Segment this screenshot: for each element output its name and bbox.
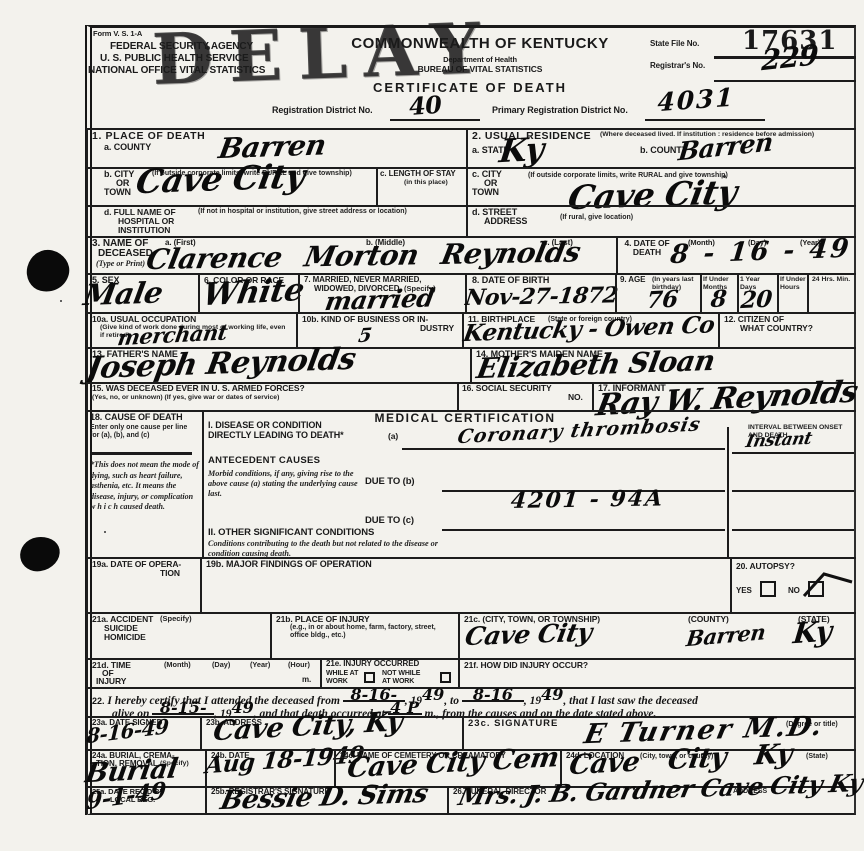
ssn-label-1: 16. SOCIAL SECURITY (462, 384, 552, 393)
due-to-c-line (442, 529, 725, 531)
age-label: 9. AGE (620, 276, 645, 285)
ink-blot (18, 534, 63, 574)
signature-label: 23c. SIGNATURE (468, 719, 558, 729)
commonwealth-title: COMMONWEALTH OF KENTUCKY (330, 36, 630, 52)
ink-blot (23, 246, 74, 297)
race-value: White (200, 272, 306, 314)
place-of-death-title: 1. PLACE OF DEATH (92, 131, 205, 142)
reg-district-underline (390, 119, 480, 121)
city-value-handwriting: Cave City (133, 156, 308, 201)
dept-of-health: Department of Health (330, 56, 630, 64)
ssn-label-2: NO. (568, 393, 583, 402)
injury-a-note: (Specify) (160, 615, 192, 623)
age-minutes-label: 24 Hrs. Min. (812, 276, 852, 284)
city-label-3: TOWN (104, 188, 131, 198)
registrars-no-label: Registrar's No. (650, 62, 705, 71)
injury-e-opt1b: WORK (326, 678, 348, 686)
injury-d-day: (Day) (212, 661, 230, 669)
interval-value: Instant (744, 429, 813, 453)
interval-line-1 (732, 452, 854, 454)
length-of-stay-note: (in this place) (404, 179, 448, 187)
certificate-of-death-title: CERTIFICATE OF DEATH (320, 81, 620, 95)
reg-district-label: Registration District No. (272, 106, 373, 116)
cause-code-handwriting: 4201 - 94A (510, 485, 666, 514)
injury-state-value: Ky (791, 614, 833, 650)
other-conditions-label: II. OTHER SIGNIFICANT CONDITIONS (208, 528, 374, 538)
injury-a-label-3: HOMICIDE (104, 633, 146, 642)
disease-label-2: DIRECTLY LEADING TO DEATH* (208, 431, 344, 441)
due-to-b-label: DUE TO (b) (365, 477, 415, 487)
citizen-label-2: WHAT COUNTRY? (740, 324, 813, 333)
injury-d-hour: (Hour) (288, 661, 310, 669)
operation-date-label-2: TION (160, 569, 180, 578)
age-hours-label: If Under Hours (780, 276, 806, 291)
death-certificate-scan: Form V. S. 1-A FEDERAL SECURITY AGENCY U… (0, 0, 864, 851)
cause-note-2: *This does not mean the mode of dying, s… (90, 460, 200, 513)
injury-d-label-3: INJURY (96, 677, 126, 686)
date-of-death-label: 4. DATE OF DEATH (622, 239, 672, 257)
autopsy-label: 20. AUTOPSY? (736, 562, 795, 571)
age-months-value: 8 (710, 285, 728, 313)
interval-line-3 (732, 529, 854, 531)
autopsy-yes-label: YES (736, 587, 752, 596)
injury-city-value: Cave City (463, 618, 594, 652)
form-number: Form V. S. 1-A (93, 30, 142, 38)
injury-d-year: (Year) (250, 661, 270, 669)
age-days-value: 20 (740, 285, 773, 314)
autopsy-no-label: NO (788, 587, 800, 596)
length-of-stay-label: c. LENGTH OF STAY (380, 170, 464, 179)
antecedent-label: ANTECEDENT CAUSES (208, 456, 320, 466)
certify-number: 22. (92, 696, 105, 706)
cause-note-1: Enter only one cause per line for (a), (… (90, 424, 198, 440)
injury-b-note: (e.g., in or about home, farm, factory, … (290, 624, 448, 640)
interval-line-2 (732, 490, 854, 492)
certify-alive-blank: 8-15- (152, 702, 214, 715)
residence-city-label-3: TOWN (472, 188, 499, 198)
injury-d-m-label: m. (302, 676, 311, 685)
armed-forces-note: (Yes, no, or unknown) (If yes, give war … (92, 394, 279, 402)
hospital-label-3: INSTITUTION (118, 226, 170, 235)
armed-forces-label: 15. WAS DECEASED EVER IN U. S. ARMED FOR… (92, 384, 305, 393)
cause-label: 18. CAUSE OF DEATH (90, 413, 183, 423)
not-while-at-work-checkbox (440, 672, 451, 683)
primary-district-label: Primary Registration District No. (492, 106, 628, 116)
injury-e-opt2a: NOT WHILE (382, 670, 420, 678)
county-label: a. COUNTY (104, 143, 151, 153)
due-to-c-label: DUE TO (c) (365, 516, 414, 526)
primary-district-value: 4031 (657, 83, 735, 118)
autopsy-no-checkmark (800, 566, 856, 602)
cemetery-location-note-2: (State) (806, 753, 828, 761)
scan-speck (60, 300, 62, 302)
street-note: (If rural, give location) (560, 214, 633, 222)
hospital-note: (If not in hospital or institution, give… (198, 208, 460, 216)
business-label-2: DUSTRY (420, 324, 454, 333)
disease-a-label: (a) (388, 432, 398, 441)
injury-d-month: (Month) (164, 661, 191, 669)
date-of-death-value: 8 - 16 - 49 (669, 234, 853, 270)
age-value: 76 (646, 285, 679, 314)
disease-a-line (402, 448, 725, 450)
antecedent-note: Morbid conditions, if any, giving rise t… (208, 469, 360, 498)
while-at-work-checkbox (364, 672, 375, 683)
other-conditions-note: Conditions contributing to the death but… (208, 539, 458, 558)
injury-e-opt1a: WHILE AT (326, 670, 358, 678)
state-file-no-label: State File No. (650, 40, 699, 49)
interval-divider (727, 427, 729, 557)
operation-findings-label: 19b. MAJOR FINDINGS OF OPERATION (206, 560, 372, 570)
reg-district-value: 40 (408, 90, 442, 121)
injury-b-label: 21b. PLACE OF INJURY (276, 615, 370, 624)
residence-state-value: Ky (497, 130, 546, 171)
injury-e-label: 21e. INJURY OCCURRED (326, 660, 419, 669)
autopsy-yes-checkbox (760, 581, 776, 597)
street-label-2: ADDRESS (484, 217, 527, 227)
certify-to-blank: 8-16 (462, 689, 524, 702)
injury-f-label: 21f. HOW DID INJURY OCCUR? (464, 661, 588, 670)
business-label-1: 10b. KIND OF BUSINESS OR IN- (302, 315, 428, 324)
registrars-no-value: 229 (761, 38, 819, 77)
cause-divider (92, 452, 192, 455)
birth-date-value: Nov-27-1872 (464, 282, 619, 311)
bureau-vital-statistics: BUREAU OF VITAL STATISTICS (330, 65, 630, 74)
primary-district-underline (645, 119, 765, 121)
name-note: (Type or Print) (96, 260, 145, 269)
sex-value: Male (81, 275, 165, 312)
